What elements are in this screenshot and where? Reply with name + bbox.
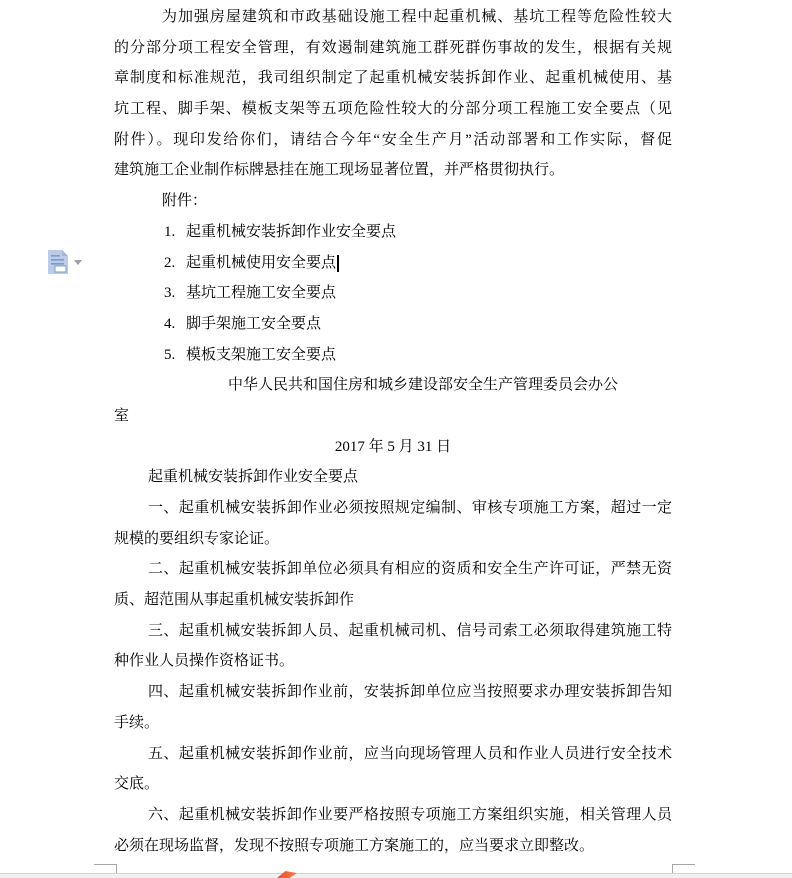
text-line: 质、超范围从事起重机械安装拆卸作 bbox=[114, 585, 672, 616]
line-text: 起重机械安装拆卸作业安全要点 bbox=[148, 469, 358, 485]
text-line: 的分部分项工程安全管理，有效遏制建筑施工群死群伤事故的发生，根据有关规 bbox=[114, 33, 672, 64]
line-text: 2017 年 5 月 31 日 bbox=[335, 439, 451, 455]
list-number: 3. bbox=[164, 278, 186, 309]
text-line: 室 bbox=[114, 401, 672, 432]
text-line: 四、起重机械安装拆卸作业前，安装拆卸单位应当按照要求办理安装拆卸告知 bbox=[114, 677, 672, 708]
text-line: 4.脚手架施工安全要点 bbox=[114, 309, 672, 340]
list-number: 5. bbox=[164, 340, 186, 371]
line-text: 中华人民共和国住房和城乡建设部安全生产管理委员会办公 bbox=[228, 377, 618, 393]
line-text: 四、起重机械安装拆卸作业前，安装拆卸单位应当按照要求办理安装拆卸告知 bbox=[148, 684, 672, 700]
word-processor-page: 为加强房屋建筑和市政基础设施工程中起重机械、基坑工程等危险性较大的分部分项工程安… bbox=[0, 0, 792, 878]
text-line: 一、起重机械安装拆卸作业必须按照规定编制、审核专项施工方案，超过一定 bbox=[114, 493, 672, 524]
text-line: 5.模板支架施工安全要点 bbox=[114, 340, 672, 371]
line-text: 模板支架施工安全要点 bbox=[186, 347, 336, 363]
line-text: 基坑工程施工安全要点 bbox=[186, 285, 336, 301]
line-text: 为加强房屋建筑和市政基础设施工程中起重机械、基坑工程等危险性较大 bbox=[162, 9, 672, 25]
line-text: 手续。 bbox=[114, 715, 159, 731]
text-line: 三、起重机械安装拆卸人员、起重机械司机、信号司索工必须取得建筑施工特 bbox=[114, 616, 672, 647]
line-text: 的分部分项工程安全管理，有效遏制建筑施工群死群伤事故的发生，根据有关规 bbox=[114, 40, 672, 56]
line-text: 起重机械使用安全要点 bbox=[186, 255, 336, 271]
line-text: 五、起重机械安装拆卸作业前，应当向现场管理人员和作业人员进行安全技术 bbox=[148, 746, 672, 762]
line-text: 附件： bbox=[162, 193, 207, 209]
line-text: 附件）。现印发给你们，请结合今年“安全生产月”活动部署和工作实际，督促 bbox=[114, 132, 672, 148]
text-line: 建筑施工企业制作标牌悬挂在施工现场显著位置，并严格贯彻执行。 bbox=[114, 155, 672, 186]
line-text: 坑工程、脚手架、模板支架等五项危险性较大的分部分项工程施工安全要点（见 bbox=[114, 101, 672, 117]
line-text: 一、起重机械安装拆卸作业必须按照规定编制、审核专项施工方案，超过一定 bbox=[148, 500, 672, 516]
text-line: 2017 年 5 月 31 日 bbox=[114, 432, 672, 463]
line-text: 三、起重机械安装拆卸人员、起重机械司机、信号司索工必须取得建筑施工特 bbox=[148, 623, 672, 639]
text-line: 五、起重机械安装拆卸作业前，应当向现场管理人员和作业人员进行安全技术 bbox=[114, 739, 672, 770]
text-line: 坑工程、脚手架、模板支架等五项危险性较大的分部分项工程施工安全要点（见 bbox=[114, 94, 672, 125]
list-number: 2. bbox=[164, 248, 186, 279]
line-text: 质、超范围从事起重机械安装拆卸作 bbox=[114, 592, 354, 608]
text-line: 附件）。现印发给你们，请结合今年“安全生产月”活动部署和工作实际，督促 bbox=[114, 125, 672, 156]
text-cursor bbox=[337, 255, 339, 272]
document-text-area[interactable]: 为加强房屋建筑和市政基础设施工程中起重机械、基坑工程等危险性较大的分部分项工程安… bbox=[114, 2, 672, 861]
list-number: 4. bbox=[164, 309, 186, 340]
text-line: 1.起重机械安装拆卸作业安全要点 bbox=[114, 217, 672, 248]
text-line: 二、起重机械安装拆卸单位必须具有相应的资质和安全生产许可证，严禁无资 bbox=[114, 554, 672, 585]
text-line: 规模的要组织专家论证。 bbox=[114, 524, 672, 555]
line-text: 起重机械安装拆卸作业安全要点 bbox=[186, 224, 396, 240]
text-line: 为加强房屋建筑和市政基础设施工程中起重机械、基坑工程等危险性较大 bbox=[114, 2, 672, 33]
text-line: 起重机械安装拆卸作业安全要点 bbox=[114, 462, 672, 493]
text-line: 种作业人员操作资格证书。 bbox=[114, 646, 672, 677]
line-text: 六、起重机械安装拆卸作业要严格按照专项施工方案组织实施，相关管理人员 bbox=[148, 807, 672, 823]
text-line: 交底。 bbox=[114, 769, 672, 800]
line-text: 必须在现场监督，发现不按照专项施工方案施工的，应当要求立即整改。 bbox=[114, 838, 594, 854]
dropdown-arrow-icon bbox=[74, 260, 82, 265]
text-line: 3.基坑工程施工安全要点 bbox=[114, 278, 672, 309]
text-line: 2.起重机械使用安全要点 bbox=[114, 248, 672, 279]
paste-options-button[interactable] bbox=[44, 246, 86, 278]
line-text: 建筑施工企业制作标牌悬挂在施工现场显著位置，并严格贯彻执行。 bbox=[114, 162, 564, 178]
text-line: 章制度和标准规范，我司组织制定了起重机械安装拆卸作业、起重机械使用、基 bbox=[114, 63, 672, 94]
line-text: 交底。 bbox=[114, 776, 159, 792]
text-line: 附件： bbox=[114, 186, 672, 217]
line-text: 章制度和标准规范，我司组织制定了起重机械安装拆卸作业、起重机械使用、基 bbox=[114, 70, 672, 86]
line-text: 室 bbox=[114, 408, 129, 424]
text-line: 中华人民共和国住房和城乡建设部安全生产管理委员会办公 bbox=[114, 370, 672, 401]
line-text: 脚手架施工安全要点 bbox=[186, 316, 321, 332]
list-number: 1. bbox=[164, 217, 186, 248]
text-line: 必须在现场监督，发现不按照专项施工方案施工的，应当要求立即整改。 bbox=[114, 831, 672, 862]
line-text: 二、起重机械安装拆卸单位必须具有相应的资质和安全生产许可证，严禁无资 bbox=[148, 561, 672, 577]
line-text: 规模的要组织专家论证。 bbox=[114, 531, 279, 547]
line-text: 种作业人员操作资格证书。 bbox=[114, 653, 294, 669]
text-line: 六、起重机械安装拆卸作业要严格按照专项施工方案组织实施，相关管理人员 bbox=[114, 800, 672, 831]
paste-options-document-icon bbox=[44, 246, 86, 278]
text-line: 手续。 bbox=[114, 708, 672, 739]
taskbar-edge bbox=[0, 873, 792, 878]
